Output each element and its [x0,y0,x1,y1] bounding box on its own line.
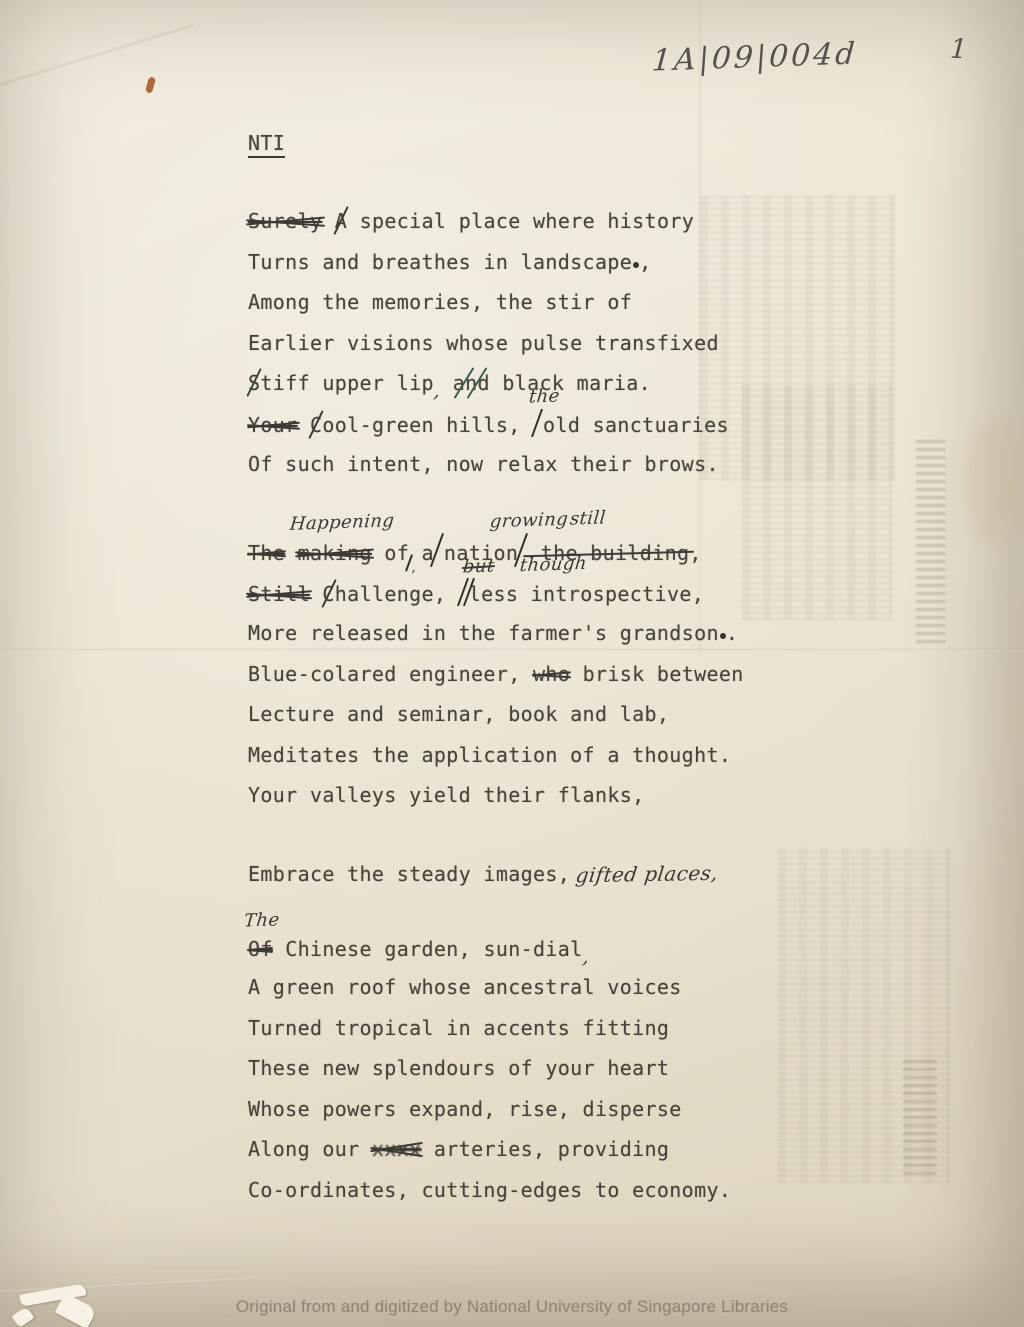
poem-line: Turns and breathes in landscape, [248,250,652,274]
typed-text: Turned tropical in accents fitting [248,1016,669,1040]
typed-text: Blue-colared engineer, [248,662,533,686]
poem-title: NTI [248,131,285,155]
struck-word: who [533,662,570,686]
scanned-page: 1A|09|004d 1 NTI Surely A special place … [0,0,1024,1327]
poem-line: These new splendours of your heart [248,1056,669,1080]
typed-text: Among the memories, the stir of [248,290,632,314]
ink-fleck [145,76,156,93]
bleed-through-text [778,848,950,1183]
typed-text: hallenge, [335,582,459,606]
poem-line: OfThe Chinese garden, sun-dial, [248,937,589,961]
struck-word: Surely [248,209,322,233]
archive-reference-number: 1A|09|004d [651,36,859,78]
poem-line: A green roof whose ancestral voices [248,975,682,999]
handwritten-annotation: still [569,507,607,529]
struck-word: makingHappening [298,541,372,565]
handwritten-annotation: growing [489,509,569,533]
typed-text: black maria. [490,371,651,395]
poem-line: Your Cool-green hills, theold sanctuarie… [248,412,729,437]
insertion-mark [434,540,444,560]
title-text: NTI [248,131,285,158]
poem-line: Of such intent, now relax their brows. [248,452,719,476]
typed-text: arteries, providing [422,1137,670,1161]
handwritten-annotation: gifted places, [575,861,720,887]
poem-line: Whose powers expand, rise, disperse [248,1097,682,1121]
handwritten-comma: , [433,380,442,402]
struck-word: OfThe [248,937,273,961]
typed-text: Whose powers expand, rise, disperse [248,1097,682,1121]
typed-text: , [689,541,701,565]
insertion-mark: the [533,412,543,432]
typed-text: These new splendours of your heart [248,1056,669,1080]
paper-stain [962,420,1022,540]
typed-text: More released in the farmer's grandson [248,621,719,645]
bleed-through-title [916,438,946,643]
typed-text: Your valleys yield their flanks, [248,783,645,807]
poem-line: Stiff upper lip, and black maria. [248,371,651,395]
edited-letter: S [248,371,260,395]
struck-word: The [248,541,285,565]
poem-line: Meditates the application of a thought. [248,743,731,767]
typed-text: Turns and breathes in landscape [248,250,632,274]
typed-text: of a [372,541,434,565]
typed-text: , [639,250,651,274]
poem-line: Among the memories, the stir of [248,290,632,314]
typed-text: Chinese garden, sun-dial [273,937,583,961]
typed-text: . [726,621,738,645]
typed-text: brisk between [570,662,743,686]
struck-word: Your [248,413,298,437]
typed-text: Earlier visions whose pulse transfixed [248,331,719,355]
poem-line: Blue-colared engineer, who brisk between [248,662,744,686]
bleed-through-title [903,1055,937,1175]
typed-text: less introspective, [469,582,704,606]
handwritten-annotation: The [243,909,280,931]
poem-line: Turned tropical in accents fitting [248,1016,669,1040]
page-number: 1 [949,34,968,66]
poem-line: Embrace the steady images,gifted places, [248,862,718,886]
library-credit: Original from and digitized by National … [0,1297,1024,1317]
typed-text: Along our [248,1137,372,1161]
corner-crease [0,24,194,87]
poem-line: Co-ordinates, cutting-edges to economy. [248,1178,731,1202]
caret-icon [531,409,543,438]
typed-text: ool-green hills, [322,413,533,437]
typed-text: old sanctuaries [543,413,729,437]
poem-line: Lecture and seminar, book and lab, [248,702,669,726]
typed-text: A green roof whose ancestral voices [248,975,682,999]
handwritten-insertion: the [528,385,561,407]
typed-text: special place where history [347,209,694,233]
bleed-through-text [742,385,892,620]
struck-handwriting: but [462,555,496,577]
typed-text: Co-ordinates, cutting-edges to economy. [248,1178,731,1202]
edited-letter: C [310,413,322,437]
typed-text: Embrace the steady images, [248,862,570,886]
typed-text: Meditates the application of a thought. [248,743,731,767]
edited-letter: A [335,209,347,233]
poem-line: Earlier visions whose pulse transfixed [248,331,719,355]
typed-text: Lecture and seminar, book and lab, [248,702,669,726]
insertion-mark [459,581,469,601]
struck-word: and [453,371,490,395]
illegible-struck-word: xxxx [372,1137,422,1161]
poem-line: Surely A special place where history [248,209,694,233]
poem-line: Your valleys yield their flanks, [248,783,645,807]
edited-letter: C [322,582,334,606]
poem-line: More released in the farmer's grandson. [248,621,738,645]
handwritten-annotation: Happening [288,510,394,535]
horizontal-crease [0,649,1024,651]
typed-text: tiff upper lip [260,371,433,395]
typed-text: Of such intent, now relax their brows. [248,452,719,476]
struck-word: Still [248,582,310,606]
poem-line: Along our xxxx arteries, providing [248,1137,669,1161]
bleed-through-text [700,195,895,480]
poem-line: Still Challenge, less introspective,ʹbut… [248,581,704,606]
